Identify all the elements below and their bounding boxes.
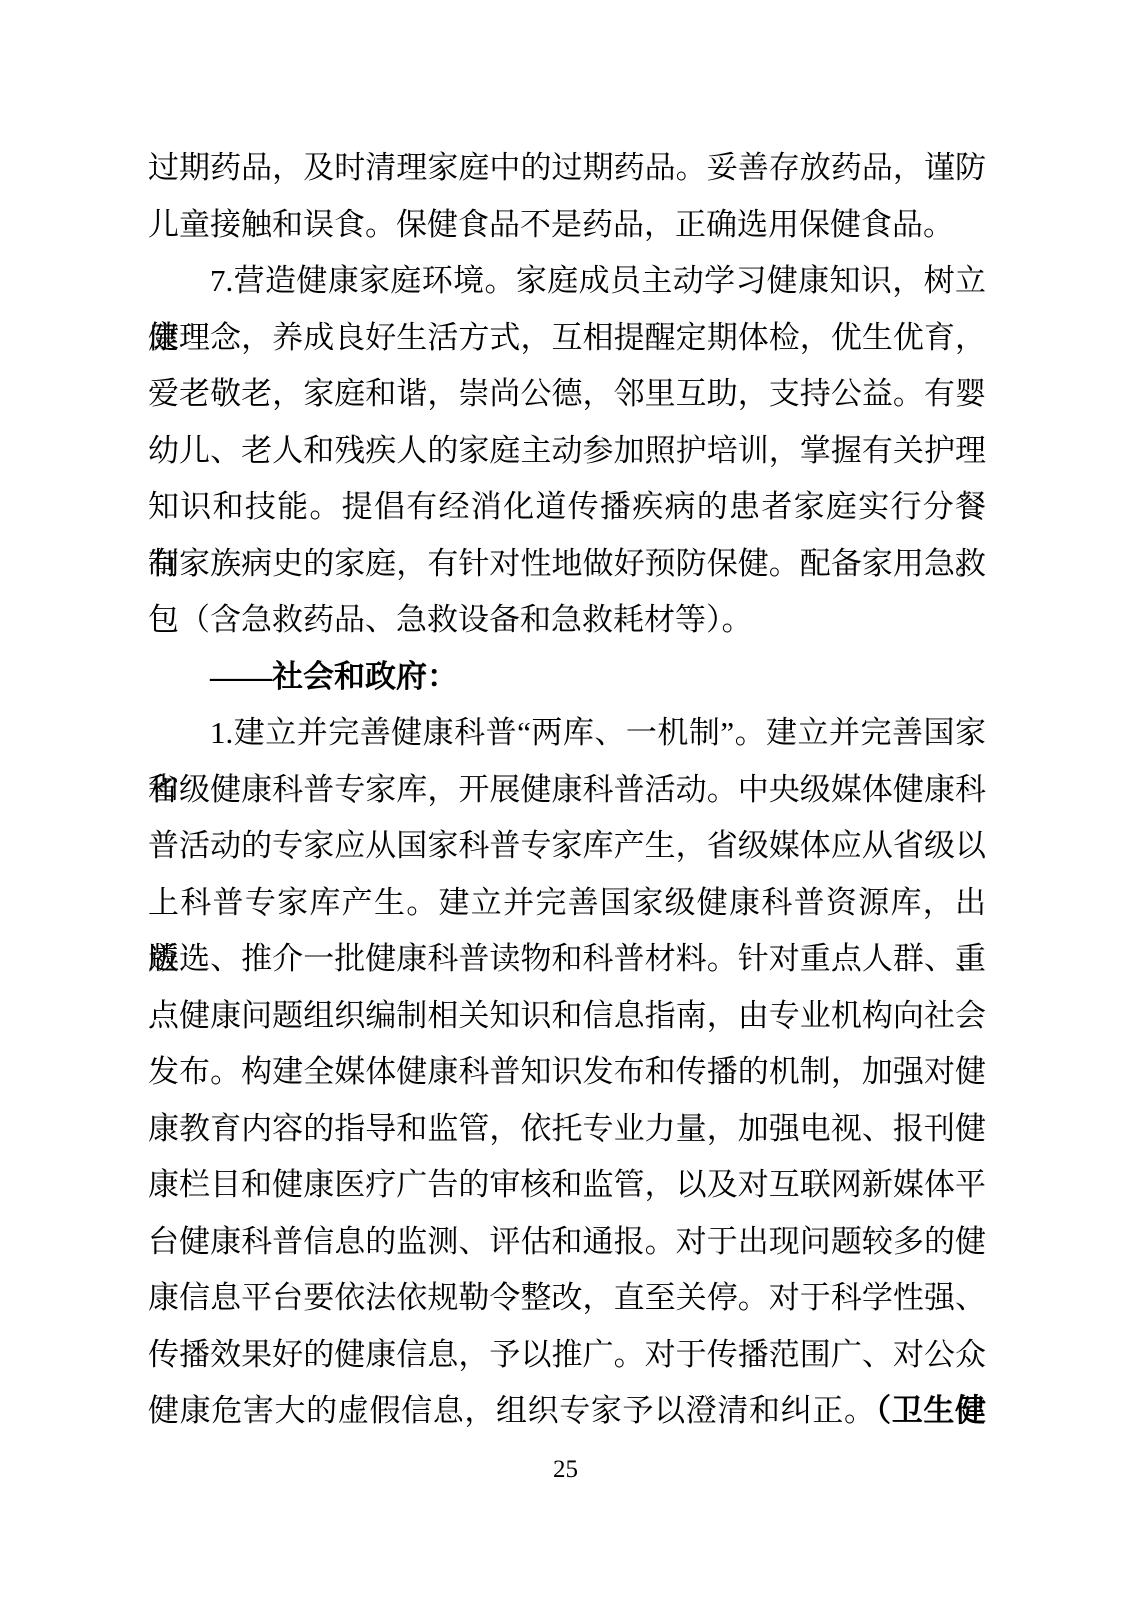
document-line: 7.营造健康家庭环境。家庭成员主动学习健康知识，树立健 xyxy=(148,253,986,310)
document-line: 知识和技能。提倡有经消化道传播疾病的患者家庭实行分餐制。 xyxy=(148,479,986,536)
document-line: 传播效果好的健康信息，予以推广。对于传播范围广、对公众 xyxy=(148,1327,986,1384)
document-line: 1.建立并完善健康科普“两库、一机制”。建立并完善国家和 xyxy=(148,705,986,762)
document-line: 遴选、推介一批健康科普读物和科普材料。针对重点人群、重 xyxy=(148,931,986,988)
document-line: 台健康科普信息的监测、评估和通报。对于出现问题较多的健 xyxy=(148,1214,986,1271)
page-number: 25 xyxy=(553,1456,578,1483)
document-line: 包（含急救药品、急救设备和急救耗材等）。 xyxy=(148,592,986,649)
document-line: 有家族病史的家庭，有针对性地做好预防保健。配备家用急救 xyxy=(148,536,986,593)
line-text: 健康危害大的虚假信息，组织专家予以澄清和纠正。 xyxy=(148,1393,876,1428)
document-line: 爱老敬老，家庭和谐，崇尚公德，邻里互助，支持公益。有婴 xyxy=(148,366,986,423)
document-line: 康栏目和健康医疗广告的审核和监管，以及对互联网新媒体平 xyxy=(148,1157,986,1214)
document-line: 康理念，养成良好生活方式，互相提醒定期体检，优生优育， xyxy=(148,310,986,367)
document-line: 过期药品，及时清理家庭中的过期药品。妥善存放药品，谨防 xyxy=(148,140,986,197)
document-line: 发布。构建全媒体健康科普知识发布和传播的机制，加强对健 xyxy=(148,1044,986,1101)
document-line: 幼儿、老人和残疾人的家庭主动参加照护培训，掌握有关护理 xyxy=(148,423,986,480)
page-footer: 25 xyxy=(0,1452,1131,1488)
document-line: 儿童接触和误食。保健食品不是药品，正确选用保健食品。 xyxy=(148,197,986,254)
document-line: 康信息平台要依法依规勒令整改，直至关停。对于科学性强、 xyxy=(148,1270,986,1327)
document-line: 普活动的专家应从国家科普专家库产生，省级媒体应从省级以 xyxy=(148,818,986,875)
document-page: 过期药品，及时清理家庭中的过期药品。妥善存放药品，谨防 儿童接触和误食。保健食品… xyxy=(0,0,1131,1600)
line-text-bold: （卫生健 xyxy=(876,1393,986,1428)
document-line: 点健康问题组织编制相关知识和信息指南，由专业机构向社会 xyxy=(148,988,986,1045)
document-line: 上科普专家库产生。建立并完善国家级健康科普资源库，出版、 xyxy=(148,875,986,932)
document-body: 过期药品，及时清理家庭中的过期药品。妥善存放药品，谨防 儿童接触和误食。保健食品… xyxy=(148,140,986,1440)
section-heading: ——社会和政府： xyxy=(148,649,986,706)
document-line: 省级健康科普专家库，开展健康科普活动。中央级媒体健康科 xyxy=(148,762,986,819)
document-line: 健康危害大的虚假信息，组织专家予以澄清和纠正。（卫生健 xyxy=(148,1383,986,1440)
document-line: 康教育内容的指导和监管，依托专业力量，加强电视、报刊健 xyxy=(148,1101,986,1158)
